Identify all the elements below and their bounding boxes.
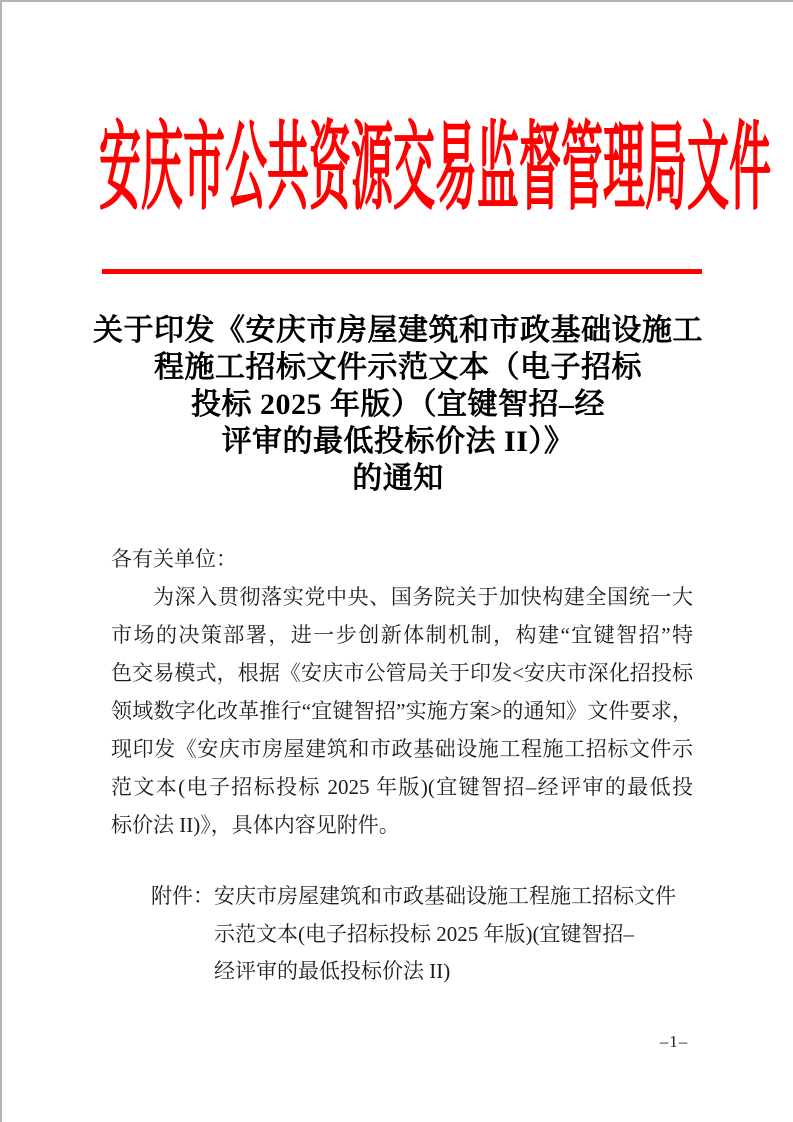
attachment-section: 附件： 安庆市房屋建筑和市政基础设施工程施工招标文件 示范文本(电子招标投标 2… bbox=[151, 878, 711, 991]
red-divider-rule bbox=[102, 269, 702, 274]
salutation: 各有关单位： bbox=[111, 540, 693, 578]
attachment-line: 安庆市房屋建筑和市政基础设施工程施工招标文件 bbox=[214, 878, 711, 916]
title-line: 评审的最低投标价法 II）》 bbox=[58, 423, 738, 460]
document-title: 关于印发《安庆市房屋建筑和市政基础设施工 程施工招标文件示范文本（电子招标 投标… bbox=[58, 312, 738, 497]
title-line: 投标 2025 年版）（宜键智招–经 bbox=[58, 386, 738, 423]
body-line: 为深入贯彻落实党中央、国务院关于加快构建全国统一大 bbox=[111, 578, 693, 616]
title-line: 程施工招标文件示范文本（电子招标 bbox=[58, 349, 738, 386]
body-line: 色交易模式，根据《安庆市公管局关于印发<安庆市深化招投标 bbox=[111, 654, 693, 692]
attachment-label: 附件： bbox=[151, 878, 214, 916]
body-line: 现印发《安庆市房屋建筑和市政基础设施工程施工招标文件示 bbox=[111, 730, 693, 768]
attachment-line: 经评审的最低投标价法 II) bbox=[214, 953, 711, 991]
body-line: 标价法 II)》，具体内容见附件。 bbox=[111, 806, 693, 844]
body-line: 范文本(电子招标投标 2025 年版)(宜键智招–经评审的最低投 bbox=[111, 768, 693, 806]
red-agency-banner: 安庆市公共资源交易监督管理局文件 bbox=[99, 120, 705, 224]
body-text: 各有关单位： 为深入贯彻落实党中央、国务院关于加快构建全国统一大 市场的决策部署… bbox=[111, 540, 693, 844]
attachment-text: 安庆市房屋建筑和市政基础设施工程施工招标文件 示范文本(电子招标投标 2025 … bbox=[214, 878, 711, 991]
title-line: 关于印发《安庆市房屋建筑和市政基础设施工 bbox=[58, 312, 738, 349]
document-page: 安庆市公共资源交易监督管理局文件 关于印发《安庆市房屋建筑和市政基础设施工 程施… bbox=[0, 0, 793, 1122]
page-number: –1– bbox=[647, 1032, 701, 1052]
body-line: 领域数字化改革推行“宜键智招”实施方案>的通知》文件要求， bbox=[111, 692, 693, 730]
body-line: 市场的决策部署，进一步创新体制机制，构建“宜键智招”特 bbox=[111, 616, 693, 654]
attachment-line: 示范文本(电子招标投标 2025 年版)(宜键智招– bbox=[214, 916, 711, 954]
title-line: 的通知 bbox=[58, 460, 738, 497]
